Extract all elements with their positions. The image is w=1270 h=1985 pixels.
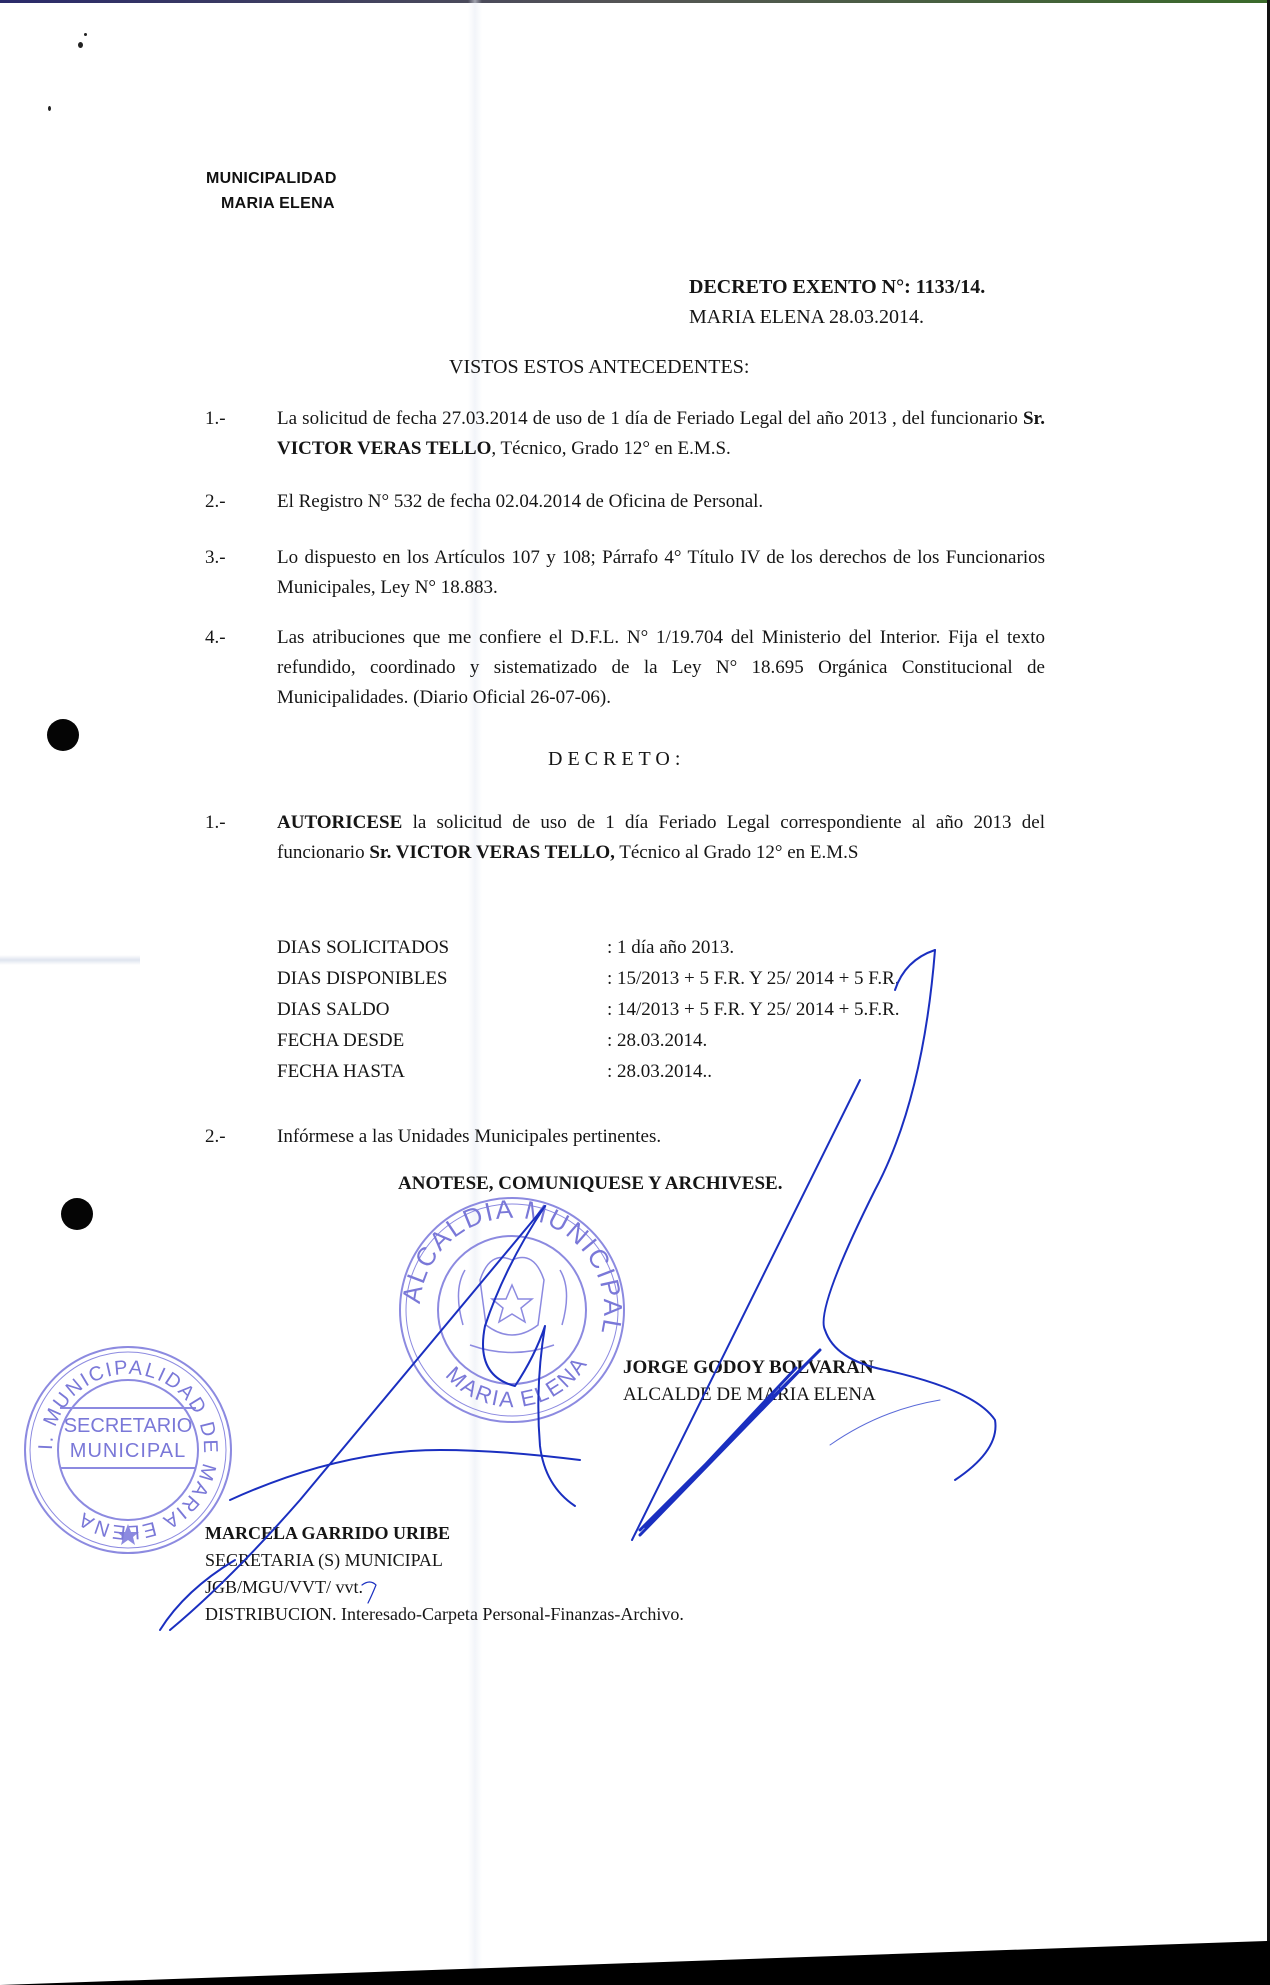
decreto-item: 2.- Infórmese a las Unidades Municipales… [205, 1122, 1045, 1152]
vistos-heading: VISTOS ESTOS ANTECEDENTES: [449, 356, 1270, 379]
scan-speck [48, 106, 51, 111]
item-number: 4.- [205, 623, 226, 653]
item-text: El Registro N° 532 de fecha 02.04.2014 d… [277, 487, 1045, 517]
item-number: 2.- [205, 487, 226, 517]
table-row: FECHA HASTA: 28.03.2014.. [277, 1056, 900, 1087]
table-row: DIAS DISPONIBLES: 15/2013 + 5 F.R. Y 25/… [277, 963, 900, 994]
institution-line-1: MUNICIPALIDAD [206, 166, 337, 191]
mayor-title: ALCALDE DE MARIA ELENA [623, 1381, 876, 1408]
row-label: DIAS DISPONIBLES [277, 963, 607, 994]
item-text: Lo dispuesto en los Artículos 107 y 108;… [277, 543, 1045, 603]
item-text: Técnico al Grado 12° en E.M.S [615, 842, 859, 863]
row-value: : 15/2013 + 5 F.R. Y 25/ 2014 + 5 F.R. [607, 963, 900, 994]
paper-fold [0, 955, 140, 965]
mayor-signature-block: JORGE GODOY BOLVARAN ALCALDE DE MARIA EL… [623, 1354, 876, 1408]
closing-formula: ANOTESE, COMUNIQUESE Y ARCHIVESE. [398, 1173, 782, 1195]
secretary-stamp [25, 1347, 231, 1553]
vistos-item: 1.- La solicitud de fecha 27.03.2014 de … [205, 404, 1045, 464]
scan-edge-top [0, 0, 1270, 3]
row-value: : 28.03.2014.. [607, 1056, 712, 1087]
place-date: MARIA ELENA 28.03.2014. [689, 302, 985, 332]
secretary-name: MARCELA GARRIDO URIBE [205, 1520, 684, 1547]
row-value: : 14/2013 + 5 F.R. Y 25/ 2014 + 5.F.R. [607, 994, 900, 1025]
mayor-name: JORGE GODOY BOLVARAN [623, 1354, 876, 1381]
item-number: 2.- [205, 1122, 226, 1152]
secretary-signature-block: MARCELA GARRIDO URIBE SECRETARIA (S) MUN… [205, 1520, 684, 1628]
item-number: 1.- [205, 808, 226, 838]
secretary-stamp-ring-text: I. MUNICIPALIDAD DE MARIA ELENA [35, 1357, 221, 1544]
decree-title: DECRETO EXENTO N°: 1133/14. [689, 272, 985, 302]
item-number: 3.- [205, 543, 226, 573]
mayor-stamp [400, 1198, 624, 1422]
row-label: DIAS SALDO [277, 994, 607, 1025]
row-value: : 28.03.2014. [607, 1025, 707, 1056]
mayor-stamp-ring-text: ALCALDIA MUNICIPAL [396, 1194, 628, 1339]
item-text: La solicitud de fecha 27.03.2014 de uso … [277, 408, 1023, 429]
scan-speck [84, 33, 87, 36]
secretary-stamp-center-1: SECRETARIO [64, 1415, 193, 1437]
row-label: FECHA HASTA [277, 1056, 607, 1087]
punch-hole-icon [61, 1198, 93, 1230]
vistos-item: 3.- Lo dispuesto en los Artículos 107 y … [205, 543, 1045, 603]
secretary-title: SECRETARIA (S) MUNICIPAL [205, 1547, 684, 1574]
row-value: : 1 día año 2013. [607, 932, 734, 963]
item-text: , Técnico, Grado 12° en E.M.S. [491, 438, 730, 459]
institution-header: MUNICIPALIDAD MARIA ELENA [206, 166, 337, 216]
distribution-list: DISTRIBUCION. Interesado-Carpeta Persona… [205, 1601, 684, 1628]
employee-name: Sr. VICTOR VERAS TELLO, [369, 842, 615, 863]
row-label: DIAS SOLICITADOS [277, 932, 607, 963]
leave-details-table: DIAS SOLICITADOS: 1 día año 2013. DIAS D… [277, 932, 900, 1087]
scan-edge-bottom [0, 1880, 1270, 1985]
document-page: MUNICIPALIDAD MARIA ELENA DECRETO EXENTO… [0, 0, 1270, 1985]
decreto-heading: DECRETO: [548, 748, 1270, 771]
authorize-word: AUTORICESE [277, 812, 402, 833]
secretary-stamp-center-2: MUNICIPAL [70, 1440, 186, 1462]
table-row: FECHA DESDE: 28.03.2014. [277, 1025, 900, 1056]
item-text: Las atribuciones que me confiere el D.F.… [277, 623, 1045, 713]
item-number: 1.- [205, 404, 226, 434]
scan-speck [78, 42, 83, 48]
decreto-item: 1.- AUTORICESE la solicitud de uso de 1 … [205, 808, 1045, 868]
reference-initials: JGB/MGU/VVT/ vvt. [205, 1574, 684, 1601]
punch-hole-icon [47, 719, 79, 751]
row-label: FECHA DESDE [277, 1025, 607, 1056]
table-row: DIAS SOLICITADOS: 1 día año 2013. [277, 932, 900, 963]
item-text: Infórmese a las Unidades Municipales per… [277, 1122, 1045, 1152]
mayor-stamp-bottom-text: MARIA ELENA [441, 1351, 592, 1412]
vistos-item: 2.- El Registro N° 532 de fecha 02.04.20… [205, 487, 1045, 517]
decree-header: DECRETO EXENTO N°: 1133/14. MARIA ELENA … [689, 272, 985, 332]
institution-line-2: MARIA ELENA [206, 191, 337, 216]
table-row: DIAS SALDO: 14/2013 + 5 F.R. Y 25/ 2014 … [277, 994, 900, 1025]
vistos-item: 4.- Las atribuciones que me confiere el … [205, 623, 1045, 713]
